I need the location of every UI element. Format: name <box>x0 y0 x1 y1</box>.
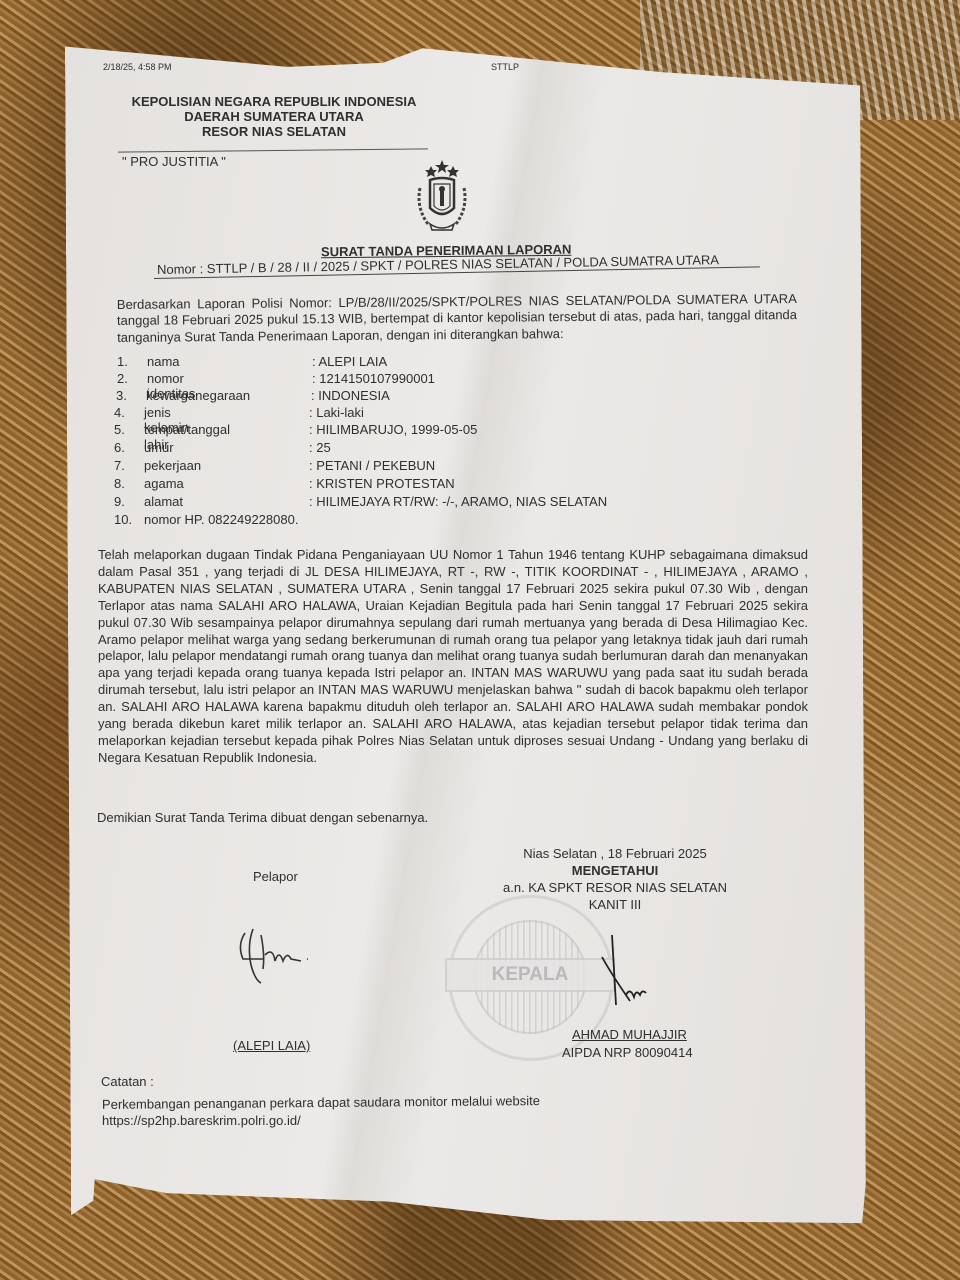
officer-name: AHMAD MUHAJJIR <box>572 1027 687 1042</box>
officer-position: a.n. KA SPKT RESOR NIAS SELATAN <box>480 879 750 896</box>
notes-url: https://sp2hp.bareskrim.polri.go.id/ <box>102 1113 301 1128</box>
reporter-label: Pelapor <box>253 869 298 884</box>
notes-label: Catatan : <box>101 1074 154 1089</box>
signature-icon <box>235 925 325 985</box>
place-date: Nias Selatan , 18 Februari 2025 <box>480 845 750 862</box>
police-report-document: 2/18/25, 4:58 PM STTLP KEPOLISIAN NEGARA… <box>0 0 960 1280</box>
officer-signature-icon <box>590 935 670 1015</box>
report-body-paragraph: Telah melaporkan dugaan Tindak Pidana Pe… <box>98 547 808 767</box>
closing-statement: Demikian Surat Tanda Terima dibuat denga… <box>97 810 428 825</box>
header-divider <box>118 148 428 152</box>
police-crest-icon <box>412 158 472 238</box>
agency-header: KEPOLISIAN NEGARA REPUBLIK INDONESIA DAE… <box>118 94 430 139</box>
agency-line-1: KEPOLISIAN NEGARA REPUBLIK INDONESIA <box>118 94 430 109</box>
print-timestamp: 2/18/25, 4:58 PM <box>103 62 172 72</box>
notes-text: Perkembangan penanganan perkara dapat sa… <box>102 1093 540 1112</box>
intro-paragraph: Berdasarkan Laporan Polisi Nomor: LP/B/2… <box>117 291 797 346</box>
agency-line-3: RESOR NIAS SELATAN <box>118 124 430 139</box>
pro-justitia: " PRO JUSTITIA " <box>122 154 226 169</box>
officer-rank-nrp: AIPDA NRP 80090414 <box>562 1045 693 1060</box>
print-doc-code: STTLP <box>491 62 519 72</box>
mengetahui-label: MENGETAHUI <box>480 862 750 879</box>
reporter-name: (ALEPI LAIA) <box>233 1038 310 1053</box>
agency-line-2: DAERAH SUMATERA UTARA <box>118 109 430 124</box>
